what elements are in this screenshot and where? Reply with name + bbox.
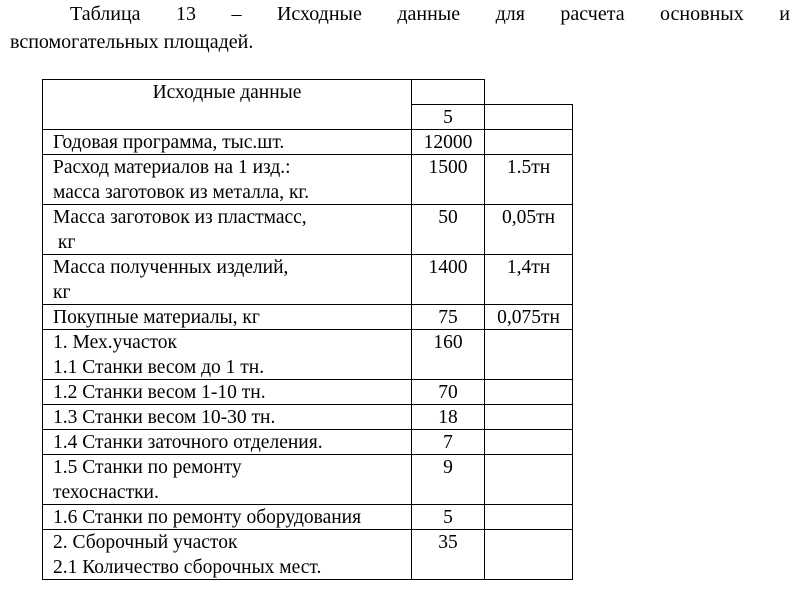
- row-extra: 0,05тн: [502, 207, 555, 228]
- caption-line-2: вспомогательных площадей.: [10, 28, 790, 56]
- row-label-line: Годовая программа, тыс.шт.: [53, 130, 411, 155]
- row-label-line: 2.1 Количество сборочных мест.: [53, 555, 411, 580]
- row-extra-cell: [484, 329, 573, 380]
- row-label-line: 2. Сборочный участок: [53, 530, 411, 555]
- row-label-cell: 1.6 Станки по ремонту оборудования: [42, 504, 412, 530]
- row-label-line: масса заготовок из металла, кг.: [53, 180, 411, 205]
- row-label-line: 1.4 Станки заточного отделения.: [53, 430, 411, 455]
- caption-word: и: [779, 0, 790, 28]
- row-label-cell: 1.2 Станки весом 1-10 тн.: [42, 379, 412, 405]
- row-label-cell: Расход материалов на 1 изд.:масса загото…: [42, 154, 412, 205]
- caption-word: 13: [176, 0, 196, 28]
- row-label-line: 1.5 Станки по ремонту: [53, 455, 411, 480]
- header-top-empty-cell: [411, 79, 485, 105]
- row-value: 7: [443, 432, 453, 453]
- row-label-cell: 1.4 Станки заточного отделения.: [42, 429, 412, 455]
- row-extra-cell: [484, 379, 573, 405]
- row-label-cell: Годовая программа, тыс.шт.: [42, 129, 412, 155]
- row-value: 160: [433, 332, 462, 353]
- row-extra-cell: [484, 454, 573, 505]
- row-value-cell: 9: [411, 454, 485, 505]
- row-value: 50: [438, 207, 458, 228]
- header-extra-cell: [484, 104, 573, 130]
- caption-line-1: Таблица13–Исходныеданныедлярасчетаосновн…: [10, 0, 790, 28]
- row-label-cell: Масса полученных изделий,кг: [42, 254, 412, 305]
- row-extra: 1.5тн: [507, 157, 550, 178]
- row-extra-cell: 0,05тн: [484, 204, 573, 255]
- row-value: 12000: [424, 132, 473, 153]
- row-label-line: кг: [53, 280, 411, 305]
- row-value: 70: [438, 382, 458, 403]
- row-label-line: Масса полученных изделий,: [53, 255, 411, 280]
- row-label-cell: 1.3 Станки весом 10-30 тн.: [42, 404, 412, 430]
- caption-word: Исходные: [277, 0, 362, 28]
- row-label-line: 1.6 Станки по ремонту оборудования: [53, 505, 411, 530]
- caption-word: Таблица: [70, 0, 141, 28]
- row-extra-cell: [484, 404, 573, 430]
- row-value-cell: 50: [411, 204, 485, 255]
- row-value-cell: 160: [411, 329, 485, 380]
- header-label: Исходные данные: [153, 82, 302, 103]
- row-label-line: 1.3 Станки весом 10-30 тн.: [53, 405, 411, 430]
- caption-word: –: [231, 0, 241, 28]
- row-value-cell: 1500: [411, 154, 485, 205]
- row-extra-cell: 0,075тн: [484, 304, 573, 330]
- caption-word: данные: [397, 0, 460, 28]
- row-value: 1500: [429, 157, 468, 178]
- row-extra-cell: [484, 529, 573, 580]
- row-extra-cell: [484, 429, 573, 455]
- header-label-cell: Исходные данные: [42, 79, 412, 130]
- row-extra-cell: 1,4тн: [484, 254, 573, 305]
- row-value-cell: 70: [411, 379, 485, 405]
- row-extra-cell: [484, 504, 573, 530]
- row-value-cell: 12000: [411, 129, 485, 155]
- row-label-line: кг: [53, 230, 411, 255]
- row-label-cell: 2. Сборочный участок2.1 Количество сборо…: [42, 529, 412, 580]
- row-value-cell: 35: [411, 529, 485, 580]
- row-value-cell: 5: [411, 504, 485, 530]
- row-value: 1400: [429, 257, 468, 278]
- row-label-line: Масса заготовок из пластмасс,: [53, 205, 411, 230]
- caption-word: основных: [660, 0, 744, 28]
- row-value-cell: 75: [411, 304, 485, 330]
- table-caption: Таблица13–Исходныеданныедлярасчетаосновн…: [10, 0, 790, 56]
- row-value-cell: 18: [411, 404, 485, 430]
- row-value: 18: [438, 407, 458, 428]
- row-label-line: Расход материалов на 1 изд.:: [53, 155, 411, 180]
- row-extra-cell: [484, 129, 573, 155]
- row-label-cell: 1. Мех.участок1.1 Станки весом до 1 тн.: [42, 329, 412, 380]
- row-value: 35: [438, 532, 458, 553]
- caption-word: расчета: [560, 0, 624, 28]
- row-label-line: 1.2 Станки весом 1-10 тн.: [53, 380, 411, 405]
- caption-word: для: [496, 0, 525, 28]
- row-value: 5: [443, 507, 453, 528]
- row-label-line: 1. Мех.участок: [53, 330, 411, 355]
- row-extra: 0,075тн: [497, 307, 560, 328]
- row-label-cell: Покупные материалы, кг: [42, 304, 412, 330]
- row-label-line: 1.1 Станки весом до 1 тн.: [53, 355, 411, 380]
- row-value: 75: [438, 307, 458, 328]
- header-variant: 5: [443, 107, 453, 128]
- row-label-cell: 1.5 Станки по ремонтутехоснастки.: [42, 454, 412, 505]
- row-extra-cell: 1.5тн: [484, 154, 573, 205]
- row-extra: 1,4тн: [507, 257, 550, 278]
- row-label-cell: Масса заготовок из пластмасс, кг: [42, 204, 412, 255]
- row-value-cell: 7: [411, 429, 485, 455]
- row-value-cell: 1400: [411, 254, 485, 305]
- header-variant-cell: 5: [411, 104, 485, 130]
- row-label-line: Покупные материалы, кг: [53, 305, 411, 330]
- row-value: 9: [443, 457, 453, 478]
- row-label-line: техоснастки.: [53, 480, 411, 505]
